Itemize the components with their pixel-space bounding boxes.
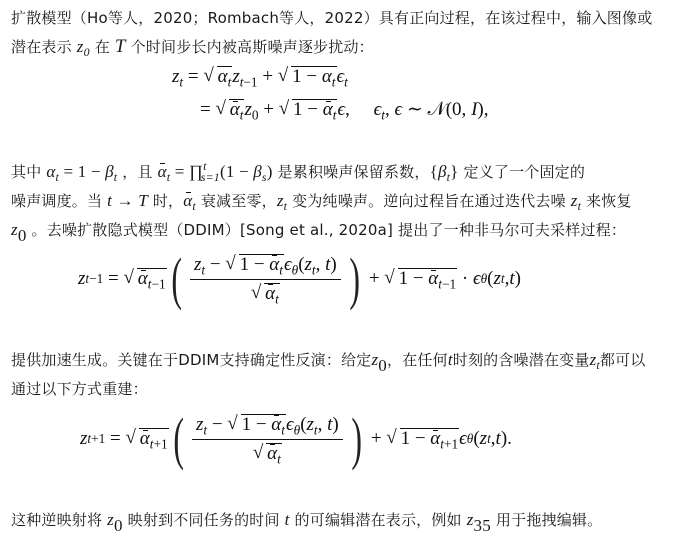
math-zt: zt — [571, 191, 581, 210]
equation-ddim-inversion: zt+1 = αt+1 ( zt − 1 − αtϵθ(zt, t)αt ) +… — [80, 410, 512, 468]
math-z0: z0 — [11, 220, 27, 239]
paragraph-2-line-1: 其中 αt = 1 − βt ，且 αt = ∏ts=1(1 − βs) 是累积… — [11, 162, 585, 182]
equation-forward-line-2: = αtz0 + 1 − αtϵ, ϵt, ϵ ∼ 𝒩(0, I), — [200, 98, 488, 121]
math-t-to-T: t → T — [107, 191, 148, 210]
paragraph-4: 这种逆映射将 z0 映射到不同任务的时间 t 的可编辑潜在表示，例如 z35 用… — [11, 510, 602, 530]
math-alphabar-t: αt — [183, 191, 196, 210]
paragraph-3-line-1: 提供加速生成。关键在于DDIM支持确定性反演：给定z0，在任何t时刻的含噪潜在变… — [11, 350, 646, 370]
math-beta-set: {βt} — [430, 162, 459, 181]
paragraph-2-line-2: 噪声调度。当 t → T 时，αt 衰减至零，zt 变为纯噪声。逆向过程旨在通过… — [11, 191, 632, 211]
paragraph-1-line-1: 扩散模型（Ho等人，2020；Rombach等人，2022）具有正向过程，在该过… — [11, 8, 652, 28]
text: 在 — [90, 38, 115, 56]
equation-forward-line-1: zt = αtzt−1 + 1 − αtϵt — [172, 66, 348, 88]
math-alphabar-def: αt = ∏ts=1(1 − βs) — [158, 162, 273, 181]
paragraph-2-line-3: z0 。去噪扩散隐式模型（DDIM）[Song et al., 2020a] 提… — [11, 220, 626, 240]
math-z0: z0 — [77, 37, 90, 56]
math-zt: zt — [590, 350, 600, 369]
math-z35: z35 — [467, 510, 491, 529]
math-z0: z0 — [107, 510, 123, 529]
paragraph-3-line-2: 通过以下方式重建： — [11, 379, 148, 399]
text: 个时间步长内被高斯噪声逐步扰动： — [126, 38, 374, 56]
paragraph-1-line-2: 潜在表示 z0 在 T 个时间步长内被高斯噪声逐步扰动： — [11, 37, 374, 57]
math-zt: zt — [277, 191, 287, 210]
math-z0: z0 — [371, 350, 387, 369]
math-T: T — [115, 36, 126, 57]
text: 潜在表示 — [11, 38, 77, 56]
equation-ddim-sampling: zt−1 = αt−1 ( zt − 1 − αtϵθ(zt, t)αt ) +… — [78, 250, 521, 308]
math-alpha-def: αt = 1 − βt — [46, 162, 117, 181]
